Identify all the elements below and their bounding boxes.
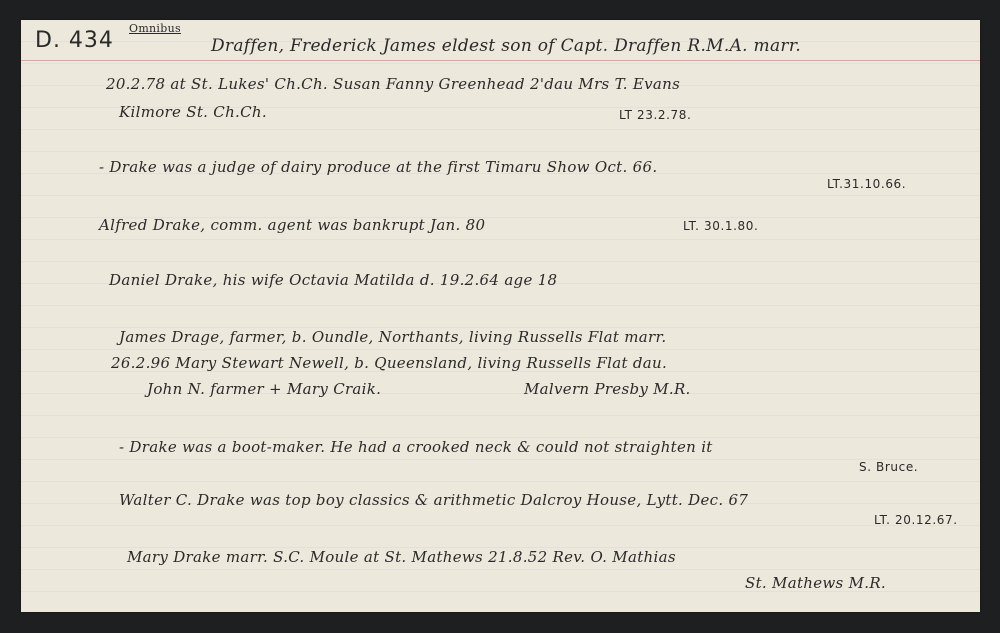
entry-3-line-1: Alfred Drake, comm. agent was bankrupt J… (99, 216, 485, 234)
entry-5-line-3: John N. farmer + Mary Craik. (147, 380, 381, 398)
entry-5-line-1: James Drage, farmer, b. Oundle, Northant… (119, 328, 666, 346)
entry-5-source: Malvern Presby M.R. (524, 380, 691, 398)
entry-5-line-2: 26.2.96 Mary Stewart Newell, b. Queensla… (111, 354, 667, 372)
entry-1-line-3: Kilmore St. Ch.Ch. (119, 103, 267, 121)
entry-2-source: LT.31.10.66. (827, 177, 906, 191)
entry-8-source: St. Mathews M.R. (745, 574, 886, 592)
index-card: D. 434 Omnibus Draffen, Frederick James … (21, 20, 980, 612)
entry-7-line-1: Walter C. Drake was top boy classics & a… (119, 491, 748, 509)
margin-rule-line (21, 60, 980, 61)
entry-6-source: S. Bruce. (859, 460, 918, 474)
entry-1-line-1: Draffen, Frederick James eldest son of C… (211, 36, 801, 56)
entry-1-line-2: 20.2.78 at St. Lukes' Ch.Ch. Susan Fanny… (106, 75, 680, 93)
entry-7-source: LT. 20.12.67. (874, 513, 958, 527)
card-reference: D. 434 (35, 28, 114, 53)
entry-4-line-1: Daniel Drake, his wife Octavia Matilda d… (109, 271, 557, 289)
entry-3-source: LT. 30.1.80. (683, 219, 758, 233)
card-annotation: Omnibus (129, 22, 181, 35)
entry-6-line-1: - Drake was a boot-maker. He had a crook… (119, 438, 713, 456)
entry-8-line-1: Mary Drake marr. S.C. Moule at St. Mathe… (127, 548, 676, 566)
entry-1-source: LT 23.2.78. (619, 108, 691, 122)
entry-2-line-1: - Drake was a judge of dairy produce at … (99, 158, 657, 176)
